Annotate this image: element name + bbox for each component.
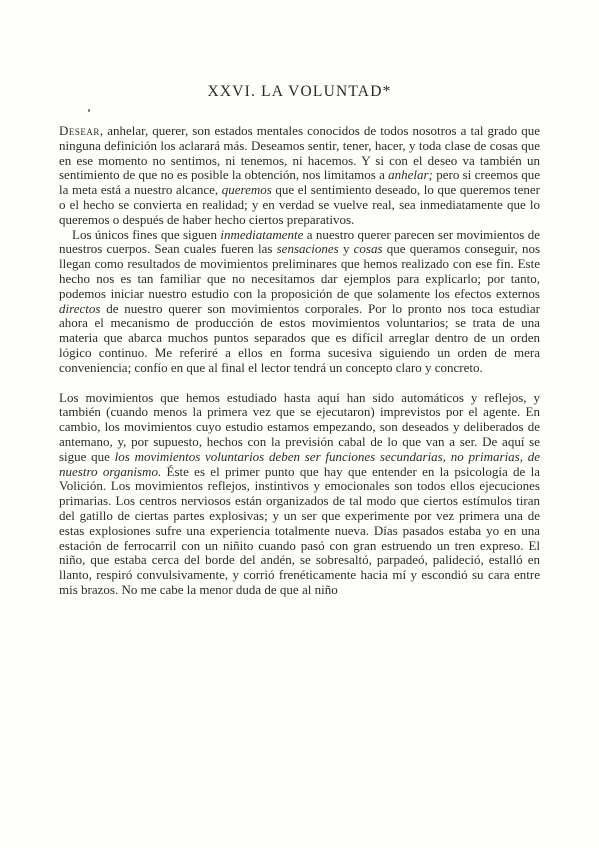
paragraph: Los movimientos que hemos estudiado hast… — [59, 391, 540, 598]
italic-text-segment: cosas — [354, 241, 383, 256]
smallcaps-text-segment: Desear — [59, 123, 100, 138]
text-segment: y — [339, 241, 354, 256]
paragraph: Desear, anhelar, querer, son estados men… — [59, 124, 540, 228]
italic-text-segment: inmediatamente — [220, 227, 303, 242]
text-segment: Los únicos fines que siguen — [72, 227, 220, 242]
scan-artifact-dot — [88, 109, 90, 112]
chapter-heading: XXVI. LA VOLUNTAD* — [0, 83, 599, 101]
book-page: XXVI. LA VOLUNTAD* Desear, anhelar, quer… — [0, 0, 599, 848]
italic-text-segment: sensaciones — [277, 241, 339, 256]
paragraph: Los únicos fines que siguen inmediatamen… — [59, 228, 540, 376]
italic-text-segment: anhelar; — [388, 167, 433, 182]
italic-text-segment: queremos — [222, 182, 272, 197]
italic-text-segment: directos — [59, 301, 100, 316]
text-block: Desear, anhelar, querer, son estados men… — [59, 124, 540, 598]
text-segment: Éste es el primer punto que hay que ente… — [59, 464, 540, 597]
text-segment: de nuestro querer son movimientos corpor… — [59, 301, 540, 375]
